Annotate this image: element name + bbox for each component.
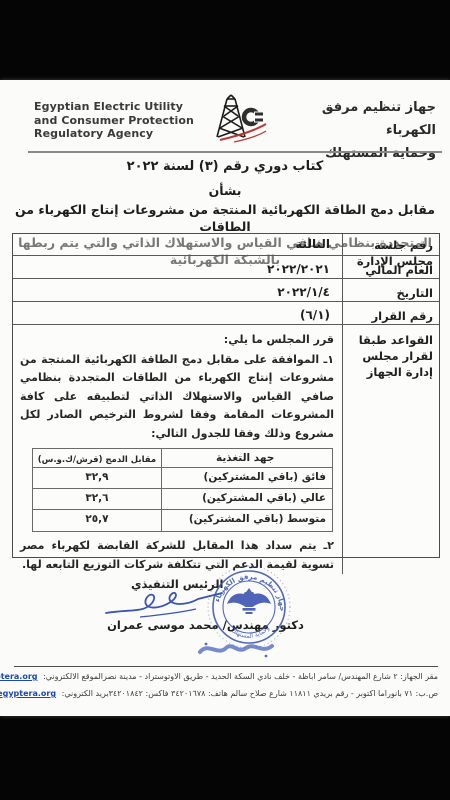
integration-fee-table: جهد التغذية مقابل الدمج (قرش/ك.و.س) فائق…	[32, 448, 333, 532]
rules-content: قرر المجلس ما يلي: ١ـ الموافقة على مقابل…	[13, 325, 342, 574]
decision-intro: قرر المجلس ما يلي:	[20, 331, 334, 350]
voltage-high: عالي (باقي المشتركين)	[161, 489, 332, 509]
row-label-date: التاريخ	[342, 279, 439, 301]
fee-medium: ٢٥,٧	[33, 510, 162, 531]
header-divider	[28, 151, 442, 153]
decision-item-1: ١ـ الموافقة على مقابل دمج الطاقة الكهربا…	[20, 351, 334, 444]
email-label: بريد الكتروني:	[62, 689, 109, 698]
row-label-session: رقم جلسة مجلس الإدارة	[342, 234, 439, 255]
agency-en-line1: Egyptian Electric Utility	[34, 100, 209, 114]
fee-table-header: جهد التغذية مقابل الدمج (قرش/ك.و.س)	[33, 449, 332, 468]
regarding-label: بشأن	[0, 183, 450, 198]
fee-table-row: متوسط (باقي المشتركين) ٢٥,٧	[33, 510, 332, 531]
postal-phone-info: ص.ب: ٧١ بانوراما اكتوبر - رقم بريدي ١١٨١…	[109, 689, 438, 699]
agency-ar-line1: جهاز تنظيم مرفق الكهرباء	[276, 96, 436, 142]
email-link[interactable]: info@egyptera.org	[0, 689, 56, 698]
rules-label: القواعد طبقا لقرار مجلس إدارة الجهاز	[342, 325, 439, 574]
footer-line-1: مقر الجهاز: ٢ شارع المهندس/ سامر اباظة -…	[14, 672, 438, 682]
phone-screen: Egyptian Electric Utility and Consumer P…	[0, 0, 450, 800]
stamp-scribble-mark	[196, 638, 276, 662]
eagle-emblem-icon	[227, 588, 271, 614]
voltage-medium: متوسط (باقي المشتركين)	[161, 510, 332, 531]
fee-table-row: فائق (باقي المشتركين) ٣٢,٩	[33, 468, 332, 489]
agency-address: مقر الجهاز: ٢ شارع المهندس/ سامر اباظة -…	[103, 672, 438, 682]
fee-table-row: عالي (باقي المشتركين) ٣٢,٦	[33, 489, 332, 510]
table-row: التاريخ ٢٠٢٢/١/٤	[13, 279, 439, 302]
subject-line1: مقابل دمج الطاقة الكهربائية المنتجة من م…	[0, 202, 450, 235]
agency-name-english: Egyptian Electric Utility and Consumer P…	[34, 100, 209, 141]
decision-info-table: رقم جلسة مجلس الإدارة الثالثة العام الما…	[12, 233, 440, 558]
table-row: رقم جلسة مجلس الإدارة الثالثة	[13, 234, 439, 256]
scanned-document: Egyptian Electric Utility and Consumer P…	[0, 80, 450, 716]
fee-ultra-high: ٣٢,٩	[33, 468, 162, 488]
fee-high: ٣٢,٦	[33, 489, 162, 509]
rules-row: القواعد طبقا لقرار مجلس إدارة الجهاز قرر…	[13, 325, 439, 574]
agency-logo-electricity-tower-icon	[204, 94, 268, 144]
footer-line-2: ص.ب: ٧١ بانوراما اكتوبر - رقم بريدي ١١٨١…	[14, 689, 438, 699]
row-label-decision-number: رقم القرار	[342, 302, 439, 324]
row-value-fiscal-year: ٢٠٢٢/٢٠٢١	[13, 256, 342, 278]
document-footer: مقر الجهاز: ٢ شارع المهندس/ سامر اباظة -…	[14, 666, 438, 699]
col-header-fee: مقابل الدمج (قرش/ك.و.س)	[33, 449, 162, 467]
website-link[interactable]: www.egyptera.org	[0, 672, 38, 681]
voltage-ultra-high: فائق (باقي المشتركين)	[161, 468, 332, 488]
agency-en-line2: and Consumer Protection	[34, 114, 209, 128]
col-header-voltage: جهد التغذية	[161, 449, 332, 467]
row-value-date: ٢٠٢٢/١/٤	[13, 279, 342, 301]
agency-en-line3: Regulatory Agency	[34, 127, 209, 141]
row-label-fiscal-year: العام المالي	[342, 256, 439, 278]
circular-number: كتاب دوري رقم (٣) لسنة ٢٠٢٢	[0, 159, 450, 174]
table-row: العام المالي ٢٠٢٢/٢٠٢١	[13, 256, 439, 279]
row-value-decision-number: (٦/١)	[13, 302, 342, 324]
table-row: رقم القرار (٦/١)	[13, 302, 439, 325]
row-value-session: الثالثة	[13, 234, 342, 255]
agency-name-arabic: جهاز تنظيم مرفق الكهرباء وحماية المستهلك	[276, 96, 436, 165]
website-label: الموقع الالكتروني:	[43, 672, 103, 681]
